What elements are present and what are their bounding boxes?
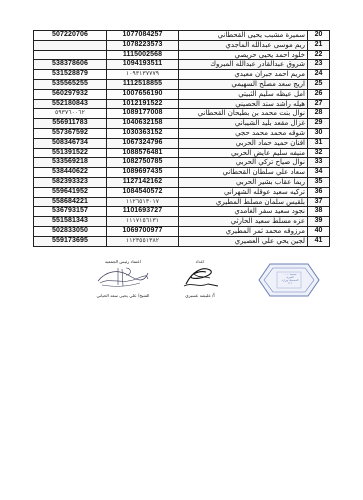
row-number-cell: 22 <box>308 50 330 60</box>
mobile-cell: 560297932 <box>34 89 107 99</box>
table-row: 5335692181082750785نوال صياح تركي الحربي… <box>34 158 330 168</box>
mobile-cell: 559173695 <box>34 236 107 246</box>
table-row: 551581343١١١٧١٥٦١٣١عزه مسلط سعيد الحارثي… <box>34 217 330 227</box>
national-id-cell: 1040632158 <box>107 119 179 129</box>
name-cell: عزه مسلط سعيد الحارثي <box>179 217 308 227</box>
mobile-cell: 551391522 <box>34 148 107 158</box>
mobile-cell: 558684221 <box>34 197 107 207</box>
name-cell: افنان حميد حماد الحربي <box>179 138 308 148</box>
mobile-cell: 538378606 <box>34 60 107 70</box>
national-id-cell: 1088576481 <box>107 148 179 158</box>
national-id-cell: 1082750785 <box>107 158 179 168</box>
national-id-cell: 1084540572 <box>107 187 179 197</box>
national-id-cell: 1078223573 <box>107 40 179 50</box>
national-id-cell: 1094193511 <box>107 60 179 70</box>
table-row: 1115002568خلود احمد يحيى حريصي22 <box>34 50 330 60</box>
table-row: 5521808431012191522هيله راشد سند الحصيني… <box>34 99 330 109</box>
member-table-body: 5072207061077084257سميرة مشبب يحيى القحط… <box>34 31 330 247</box>
mobile-cell: 508346734 <box>34 138 107 148</box>
official-stamp: جمعية ....... الخيرية المسجلة بوزارة ١١٦ <box>258 262 320 298</box>
national-id-cell: ١١٢٣٥٥١٣٨٢ <box>107 236 179 246</box>
table-row: 558684221١١٢٦٥١٣٠١٧بلقيس سلمان مصلط المط… <box>34 197 330 207</box>
table-row: 5384406221089697435سعاد علي سلطان القحطا… <box>34 168 330 178</box>
table-row: 559173695١١٢٣٥٥١٣٨٢لجين يحي علي العصيري4… <box>34 236 330 246</box>
row-number-cell: 24 <box>308 70 330 80</box>
table-row: 1078223573ريم موسى عبدالله الماجدي21 <box>34 40 330 50</box>
mobile-cell: 531528879 <box>34 70 107 80</box>
mobile-cell: 559641952 <box>34 187 107 197</box>
national-id-cell: 1089697435 <box>107 168 179 178</box>
name-cell: مريم احمد جبران معيدي <box>179 70 308 80</box>
national-id-cell: 1112518855 <box>107 79 179 89</box>
row-number-cell: 21 <box>308 40 330 50</box>
name-cell: ريما عقاب بشير الحربي <box>179 177 308 187</box>
prepared-signature-block: اعداد أ/ عليشه عسيري <box>170 259 230 303</box>
name-cell: اريج سعد مصلح السهيمي <box>179 79 308 89</box>
row-number-cell: 37 <box>308 197 330 207</box>
approval-signer-name: الشيخ/ علي يحيى سعد الحياني <box>88 293 158 298</box>
table-row: 5355652551112518855اريج سعد مصلح السهيمي… <box>34 79 330 89</box>
row-number-cell: 25 <box>308 79 330 89</box>
national-id-cell: 1089177008 <box>107 109 179 119</box>
row-number-cell: 36 <box>308 187 330 197</box>
mobile-cell: 535565255 <box>34 79 107 89</box>
row-number-cell: 28 <box>308 109 330 119</box>
name-cell: سميرة مشبب يحيى القحطاني <box>179 31 308 41</box>
national-id-cell: 1069700977 <box>107 226 179 236</box>
national-id-cell: 1101693727 <box>107 207 179 217</box>
name-cell: مرزوقه محمد ثمر المطيري <box>179 226 308 236</box>
prepared-signer-name: أ/ عليشه عسيري <box>170 293 230 298</box>
national-id-cell: 1067324796 <box>107 138 179 148</box>
national-id-cell: 1077084257 <box>107 31 179 41</box>
name-cell: نجود سعيد سفر الغامدي <box>179 207 308 217</box>
prepared-signature-scribble-icon <box>180 264 220 290</box>
table-row: ٥٩٣٧٦٠٠٦٢1089177008نوال بنت محمد بن بطيح… <box>34 109 330 119</box>
national-id-cell: ١٠٩٣١٣٧٧٧٩ <box>107 70 179 80</box>
table-row: 5367931571101693727نجود سعيد سفر الغامدي… <box>34 207 330 217</box>
mobile-cell: 556911783 <box>34 119 107 129</box>
mobile-cell: 507220706 <box>34 31 107 41</box>
row-number-cell: 40 <box>308 226 330 236</box>
table-row: 5596419521084540572تركيه سعيد عوقله الشه… <box>34 187 330 197</box>
mobile-cell: 582393323 <box>34 177 107 187</box>
mobile-cell: ٥٩٣٧٦٠٠٦٢ <box>34 109 107 119</box>
row-number-cell: 39 <box>308 217 330 227</box>
row-number-cell: 30 <box>308 128 330 138</box>
national-id-cell: ١١١٧١٥٦١٣١ <box>107 217 179 227</box>
member-table: 5072207061077084257سميرة مشبب يحيى القحط… <box>33 30 330 247</box>
table-row: 5602979321007656190امل عيظه سليم الثبيتي… <box>34 89 330 99</box>
name-cell: تركيه سعيد عوقله الشهراني <box>179 187 308 197</box>
name-cell: امل عيظه سليم الثبيتي <box>179 89 308 99</box>
document-page: 5072207061077084257سميرة مشبب يحيى القحط… <box>0 0 363 500</box>
mobile-cell: 538440622 <box>34 168 107 178</box>
approval-signature-scribble-icon <box>96 265 150 289</box>
table-row: 5383786061094193511شروق عبدالقادر عبدالل… <box>34 60 330 70</box>
row-number-cell: 31 <box>308 138 330 148</box>
name-cell: خلود احمد يحيى حريصي <box>179 50 308 60</box>
table-row: 5072207061077084257سميرة مشبب يحيى القحط… <box>34 31 330 41</box>
name-cell: نوال صياح تركي الحربي <box>179 158 308 168</box>
name-cell: شروق عبدالقادر عبدالله المبروك <box>179 60 308 70</box>
table-row: 5569117831040632158غزال مقعد بليد الشيبا… <box>34 119 330 129</box>
mobile-cell: 536793157 <box>34 207 107 217</box>
national-id-cell: ١١٢٦٥١٣٠١٧ <box>107 197 179 207</box>
table-row: 5083467341067324796افنان حميد حماد الحرب… <box>34 138 330 148</box>
stamp-text: جمعية ....... الخيرية المسجلة بوزارة ١١٦ <box>278 273 302 285</box>
row-number-cell: 26 <box>308 89 330 99</box>
name-cell: شوقه محمد محمد حجي <box>179 128 308 138</box>
mobile-cell: 557367592 <box>34 128 107 138</box>
name-cell: بلقيس سلمان مصلط المطيري <box>179 197 308 207</box>
row-number-cell: 35 <box>308 177 330 187</box>
name-cell: لجين يحي علي العصيري <box>179 236 308 246</box>
national-id-cell: 1127142162 <box>107 177 179 187</box>
national-id-cell: 1007656190 <box>107 89 179 99</box>
mobile-cell: 552180843 <box>34 99 107 109</box>
row-number-cell: 38 <box>308 207 330 217</box>
row-number-cell: 29 <box>308 119 330 129</box>
row-number-cell: 27 <box>308 99 330 109</box>
row-number-cell: 32 <box>308 148 330 158</box>
row-number-cell: 41 <box>308 236 330 246</box>
row-number-cell: 20 <box>308 31 330 41</box>
mobile-cell <box>34 40 107 50</box>
name-cell: سعاد علي سلطان القحطاني <box>179 168 308 178</box>
national-id-cell: 1030363152 <box>107 128 179 138</box>
mobile-cell: 502833050 <box>34 226 107 236</box>
row-number-cell: 34 <box>308 168 330 178</box>
table-row: 531528879١٠٩٣١٣٧٧٧٩مريم احمد جبران معيدي… <box>34 70 330 80</box>
name-cell: منيفه سليم عايض الحربي <box>179 148 308 158</box>
name-cell: هيله راشد سند الحصيني <box>179 99 308 109</box>
national-id-cell: 1115002568 <box>107 50 179 60</box>
row-number-cell: 33 <box>308 158 330 168</box>
approval-title: اعتماد رئيس الجمعية <box>88 259 158 264</box>
row-number-cell: 23 <box>308 60 330 70</box>
table-row: 5823933231127142162ريما عقاب بشير الحربي… <box>34 177 330 187</box>
table-row: 5573675921030363152شوقه محمد محمد حجي30 <box>34 128 330 138</box>
name-cell: غزال مقعد بليد الشيباني <box>179 119 308 129</box>
table-row: 5513915221088576481منيفه سليم عايض الحرب… <box>34 148 330 158</box>
name-cell: نوال بنت محمد بن بطيحان القحطاني <box>179 109 308 119</box>
stamp-line-4: ١١٦ <box>278 282 302 285</box>
mobile-cell: 533569218 <box>34 158 107 168</box>
mobile-cell <box>34 50 107 60</box>
mobile-cell: 551581343 <box>34 217 107 227</box>
approval-signature-block: اعتماد رئيس الجمعية الشيخ/ علي يحيى سعد … <box>88 259 158 303</box>
name-cell: ريم موسى عبدالله الماجدي <box>179 40 308 50</box>
table-row: 5028330501069700977مرزوقه محمد ثمر المطي… <box>34 226 330 236</box>
national-id-cell: 1012191522 <box>107 99 179 109</box>
